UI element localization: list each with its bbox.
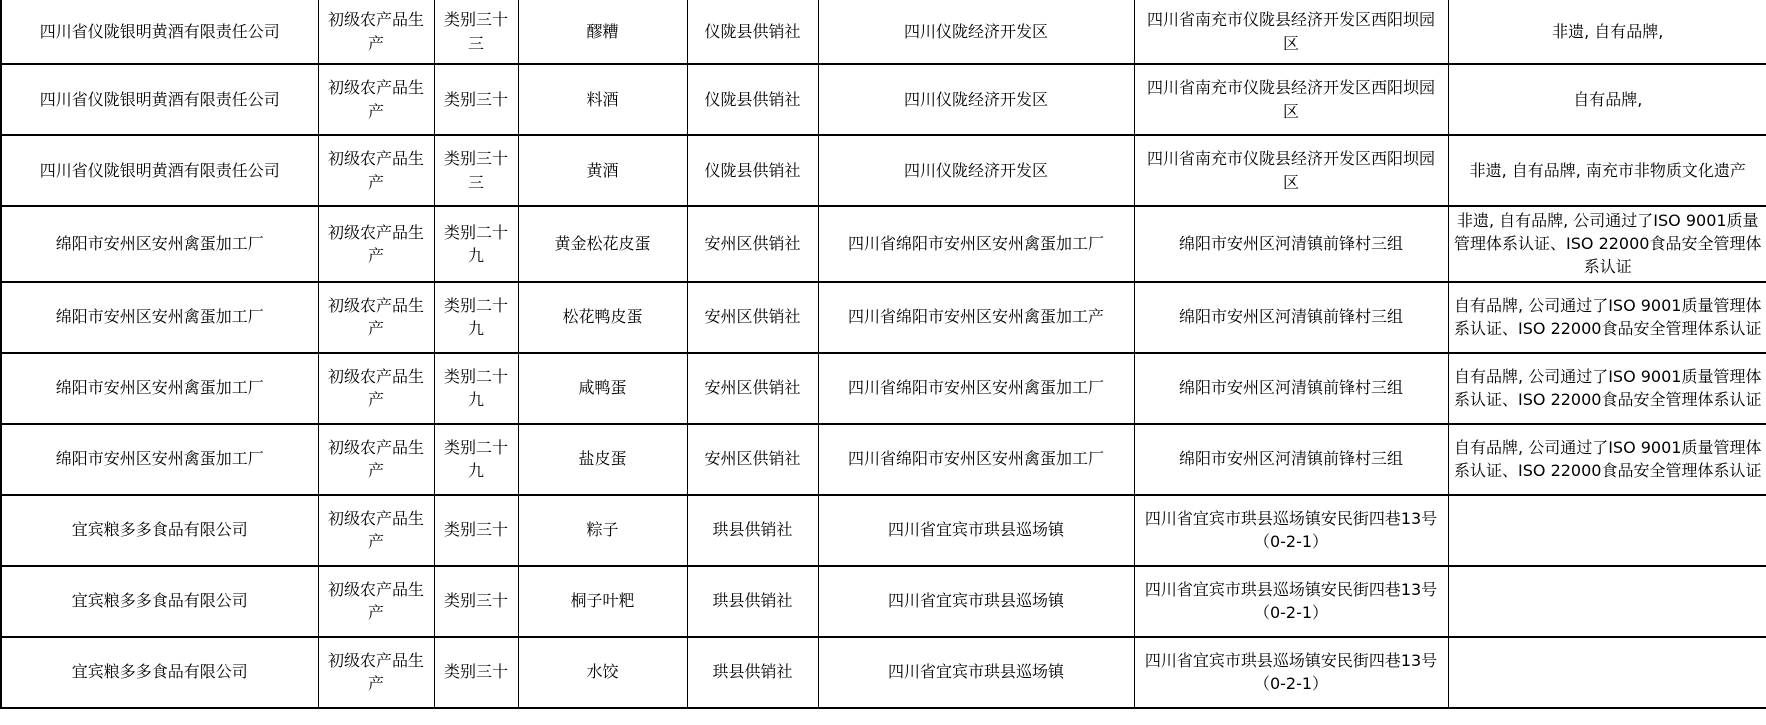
cell-producer: 四川省绵阳市安州区安州禽蛋加工厂 xyxy=(818,206,1134,282)
cell-coop: 珙县供销社 xyxy=(687,637,818,708)
cell-notes xyxy=(1448,495,1766,566)
cell-production-type: 初级农产品生产 xyxy=(318,135,434,206)
cell-company: 绵阳市安州区安州禽蛋加工厂 xyxy=(1,424,318,495)
cell-category: 类别三十 xyxy=(434,495,518,566)
cell-notes: 非遗, 自有品牌, xyxy=(1448,0,1766,64)
cell-producer: 四川省宜宾市珙县巡场镇 xyxy=(818,566,1134,637)
cell-category: 类别二十九 xyxy=(434,424,518,495)
cell-product: 盐皮蛋 xyxy=(518,424,687,495)
cell-coop: 安州区供销社 xyxy=(687,206,818,282)
cell-category: 类别三十 xyxy=(434,64,518,135)
cell-coop: 安州区供销社 xyxy=(687,353,818,424)
table-row: 绵阳市安州区安州禽蛋加工厂 初级农产品生产 类别二十九 黄金松花皮蛋 安州区供销… xyxy=(1,206,1766,282)
cell-product: 料酒 xyxy=(518,64,687,135)
cell-company: 四川省仪陇银明黄酒有限责任公司 xyxy=(1,64,318,135)
cell-coop: 仪陇县供销社 xyxy=(687,64,818,135)
cell-production-type: 初级农产品生产 xyxy=(318,353,434,424)
cell-company: 宜宾粮多多食品有限公司 xyxy=(1,637,318,708)
cell-company: 绵阳市安州区安州禽蛋加工厂 xyxy=(1,282,318,353)
cell-company: 宜宾粮多多食品有限公司 xyxy=(1,566,318,637)
cell-producer: 四川仪陇经济开发区 xyxy=(818,0,1134,64)
cell-company: 宜宾粮多多食品有限公司 xyxy=(1,495,318,566)
cell-category: 类别二十九 xyxy=(434,353,518,424)
table-row: 四川省仪陇银明黄酒有限责任公司 初级农产品生产 类别三十 料酒 仪陇县供销社 四… xyxy=(1,64,1766,135)
cell-coop: 安州区供销社 xyxy=(687,424,818,495)
cell-producer: 四川省绵阳市安州区安州禽蛋加工厂 xyxy=(818,353,1134,424)
cell-notes: 自有品牌, 公司通过了ISO 9001质量管理体系认证、ISO 22000食品安… xyxy=(1448,424,1766,495)
cell-company: 绵阳市安州区安州禽蛋加工厂 xyxy=(1,353,318,424)
cell-coop: 安州区供销社 xyxy=(687,282,818,353)
cell-production-type: 初级农产品生产 xyxy=(318,64,434,135)
table-row: 绵阳市安州区安州禽蛋加工厂 初级农产品生产 类别二十九 咸鸭蛋 安州区供销社 四… xyxy=(1,353,1766,424)
cell-category: 类别三十三 xyxy=(434,135,518,206)
cell-address: 四川省南充市仪陇县经济开发区西阳坝园区 xyxy=(1134,64,1448,135)
cell-coop: 仪陇县供销社 xyxy=(687,0,818,64)
cell-address: 四川省宜宾市珙县巡场镇安民街四巷13号（0-2-1） xyxy=(1134,495,1448,566)
cell-category: 类别三十 xyxy=(434,566,518,637)
cell-coop: 仪陇县供销社 xyxy=(687,135,818,206)
cell-notes: 非遗, 自有品牌, 公司通过了ISO 9001质量管理体系认证、ISO 2200… xyxy=(1448,206,1766,282)
cell-address: 绵阳市安州区河清镇前锋村三组 xyxy=(1134,206,1448,282)
cell-production-type: 初级农产品生产 xyxy=(318,495,434,566)
cell-notes xyxy=(1448,566,1766,637)
cell-address: 绵阳市安州区河清镇前锋村三组 xyxy=(1134,282,1448,353)
cell-notes xyxy=(1448,637,1766,708)
cell-company: 四川省仪陇银明黄酒有限责任公司 xyxy=(1,135,318,206)
cell-category: 类别三十三 xyxy=(434,0,518,64)
cell-product: 水饺 xyxy=(518,637,687,708)
table-row: 宜宾粮多多食品有限公司 初级农产品生产 类别三十 水饺 珙县供销社 四川省宜宾市… xyxy=(1,637,1766,708)
cell-production-type: 初级农产品生产 xyxy=(318,206,434,282)
table-row: 四川省仪陇银明黄酒有限责任公司 初级农产品生产 类别三十三 醪糟 仪陇县供销社 … xyxy=(1,0,1766,64)
cell-product: 黄酒 xyxy=(518,135,687,206)
cell-address: 绵阳市安州区河清镇前锋村三组 xyxy=(1134,424,1448,495)
cell-product: 桐子叶粑 xyxy=(518,566,687,637)
cell-product: 醪糟 xyxy=(518,0,687,64)
cell-company: 绵阳市安州区安州禽蛋加工厂 xyxy=(1,206,318,282)
cell-notes: 自有品牌, xyxy=(1448,64,1766,135)
cell-notes: 非遗, 自有品牌, 南充市非物质文化遗产 xyxy=(1448,135,1766,206)
cell-production-type: 初级农产品生产 xyxy=(318,424,434,495)
cell-notes: 自有品牌, 公司通过了ISO 9001质量管理体系认证、ISO 22000食品安… xyxy=(1448,353,1766,424)
cell-coop: 珙县供销社 xyxy=(687,566,818,637)
cell-coop: 珙县供销社 xyxy=(687,495,818,566)
cell-product: 粽子 xyxy=(518,495,687,566)
cell-address: 四川省宜宾市珙县巡场镇安民街四巷13号（0-2-1） xyxy=(1134,637,1448,708)
table-row: 宜宾粮多多食品有限公司 初级农产品生产 类别三十 粽子 珙县供销社 四川省宜宾市… xyxy=(1,495,1766,566)
cell-notes: 自有品牌, 公司通过了ISO 9001质量管理体系认证、ISO 22000食品安… xyxy=(1448,282,1766,353)
cell-producer: 四川省绵阳市安州区安州禽蛋加工产 xyxy=(818,282,1134,353)
cell-address: 绵阳市安州区河清镇前锋村三组 xyxy=(1134,353,1448,424)
cell-address: 四川省南充市仪陇县经济开发区西阳坝园区 xyxy=(1134,135,1448,206)
cell-address: 四川省南充市仪陇县经济开发区西阳坝园区 xyxy=(1134,0,1448,64)
cell-producer: 四川仪陇经济开发区 xyxy=(818,64,1134,135)
cell-address: 四川省宜宾市珙县巡场镇安民街四巷13号（0-2-1） xyxy=(1134,566,1448,637)
cell-category: 类别二十九 xyxy=(434,206,518,282)
cell-production-type: 初级农产品生产 xyxy=(318,282,434,353)
cell-production-type: 初级农产品生产 xyxy=(318,566,434,637)
products-table: 四川省仪陇银明黄酒有限责任公司 初级农产品生产 类别三十三 醪糟 仪陇县供销社 … xyxy=(0,0,1766,709)
table-row: 宜宾粮多多食品有限公司 初级农产品生产 类别三十 桐子叶粑 珙县供销社 四川省宜… xyxy=(1,566,1766,637)
cell-product: 咸鸭蛋 xyxy=(518,353,687,424)
cell-producer: 四川省宜宾市珙县巡场镇 xyxy=(818,637,1134,708)
cell-product: 松花鸭皮蛋 xyxy=(518,282,687,353)
table-row: 绵阳市安州区安州禽蛋加工厂 初级农产品生产 类别二十九 盐皮蛋 安州区供销社 四… xyxy=(1,424,1766,495)
cell-category: 类别三十 xyxy=(434,637,518,708)
table-row: 绵阳市安州区安州禽蛋加工厂 初级农产品生产 类别二十九 松花鸭皮蛋 安州区供销社… xyxy=(1,282,1766,353)
cell-product: 黄金松花皮蛋 xyxy=(518,206,687,282)
cell-production-type: 初级农产品生产 xyxy=(318,637,434,708)
cell-company: 四川省仪陇银明黄酒有限责任公司 xyxy=(1,0,318,64)
cell-producer: 四川省绵阳市安州区安州禽蛋加工厂 xyxy=(818,424,1134,495)
cell-producer: 四川省宜宾市珙县巡场镇 xyxy=(818,495,1134,566)
cell-production-type: 初级农产品生产 xyxy=(318,0,434,64)
table-row: 四川省仪陇银明黄酒有限责任公司 初级农产品生产 类别三十三 黄酒 仪陇县供销社 … xyxy=(1,135,1766,206)
cell-category: 类别二十九 xyxy=(434,282,518,353)
cell-producer: 四川仪陇经济开发区 xyxy=(818,135,1134,206)
